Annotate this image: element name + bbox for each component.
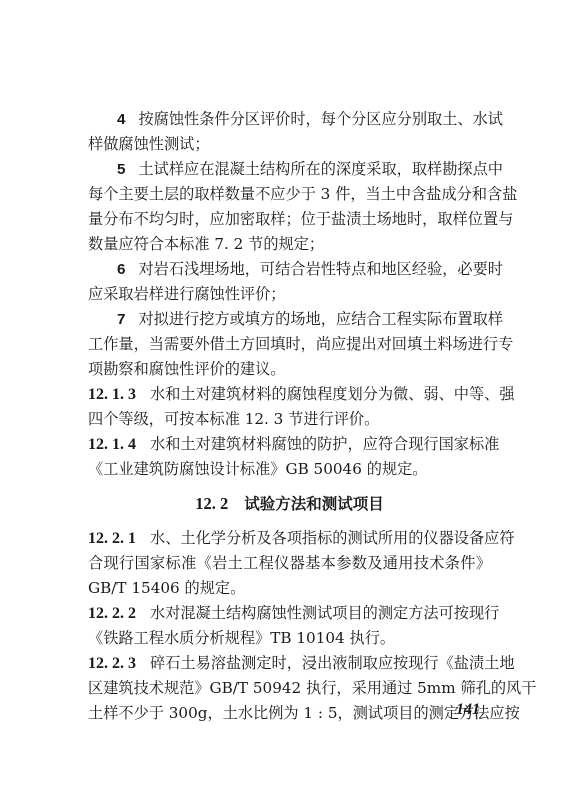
item-7-line-1: 7对拟进行挖方或填方的场地，应结合工程实际布置取样 [88, 307, 491, 332]
clause-12-2-3-line-3: 土样不少于 300g，土水比例为 1 : 5，测试项目的测定方法应按 [88, 701, 491, 726]
clause-number: 12. 1. 4 [88, 436, 136, 453]
clause-number: 12. 1. 3 [88, 386, 136, 403]
item-6-line-2: 应采取岩样进行腐蚀性评价； [88, 282, 491, 307]
item-5-line-1: 5土试样应在混凝土结构所在的深度采取，取样勘探点中 [88, 157, 491, 182]
clause-12-1-4-line-2: 《工业建筑防腐蚀设计标准》GB 50046 的规定。 [88, 457, 491, 482]
section-heading: 12. 2试验方法和测试项目 [88, 484, 491, 522]
clause-12-2-1-line-2: 合现行国家标准《岩土工程仪器基本参数及通用技术条件》 [88, 551, 491, 576]
clause-number: 12. 2. 3 [88, 655, 136, 672]
clause-12-2-1-line-3: GB/T 15406 的规定。 [88, 576, 491, 601]
section-number: 12. 2 [195, 494, 228, 513]
item-number: 5 [117, 161, 125, 178]
clause-12-1-4-line-1: 12. 1. 4水和土对建筑材料腐蚀的防护，应符合现行国家标准 [88, 432, 491, 457]
item-5-line-3: 量分布不均匀时，应加密取样；位于盐渍土场地时，取样位置与 [88, 207, 491, 232]
item-7-line-2: 工作量，当需要外借土方回填时，尚应提出对回填土料场进行专 [88, 332, 491, 357]
clause-number: 12. 2. 1 [88, 530, 136, 547]
item-5-line-2: 每个主要土层的取样数量不应少于 3 件，当土中含盐成分和含盐 [88, 182, 491, 207]
item-4-line-2: 样做腐蚀性测试； [88, 132, 491, 157]
item-number: 4 [117, 111, 125, 128]
clause-12-2-1-line-1: 12. 2. 1水、土化学分析及各项指标的测试所用的仪器设备应符 [88, 526, 491, 551]
clause-12-2-3-line-2: 区建筑技术规范》GB/T 50942 执行，采用通过 5mm 筛孔的风干 [88, 676, 491, 701]
item-5-line-4: 数量应符合本标准 7. 2 节的规定； [88, 232, 491, 257]
clause-12-2-3-line-1: 12. 2. 3碎石土易溶盐测定时，浸出液制取应按现行《盐渍土地 [88, 651, 491, 676]
clause-12-2-2-line-2: 《铁路工程水质分析规程》TB 10104 执行。 [88, 626, 491, 651]
item-7-line-3: 项勘察和腐蚀性评价的建议。 [88, 357, 491, 382]
clause-12-2-2-line-1: 12. 2. 2水对混凝土结构腐蚀性测试项目的测定方法可按现行 [88, 601, 491, 626]
section-title: 试验方法和测试项目 [244, 495, 384, 513]
clause-12-1-3-line-2: 四个等级，可按本标准 12. 3 节进行评价。 [88, 407, 491, 432]
clause-number: 12. 2. 2 [88, 605, 136, 622]
item-4-line-1: 4按腐蚀性条件分区评价时，每个分区应分别取土、水试 [88, 107, 491, 132]
document-body: 4按腐蚀性条件分区评价时，每个分区应分别取土、水试 样做腐蚀性测试； 5土试样应… [88, 107, 491, 726]
page-number: 141 [456, 701, 480, 719]
item-number: 7 [117, 311, 125, 328]
item-number: 6 [117, 261, 125, 278]
clause-12-1-3-line-1: 12. 1. 3水和土对建筑材料的腐蚀程度划分为微、弱、中等、强 [88, 382, 491, 407]
item-6-line-1: 6对岩石浅埋场地，可结合岩性特点和地区经验，必要时 [88, 257, 491, 282]
